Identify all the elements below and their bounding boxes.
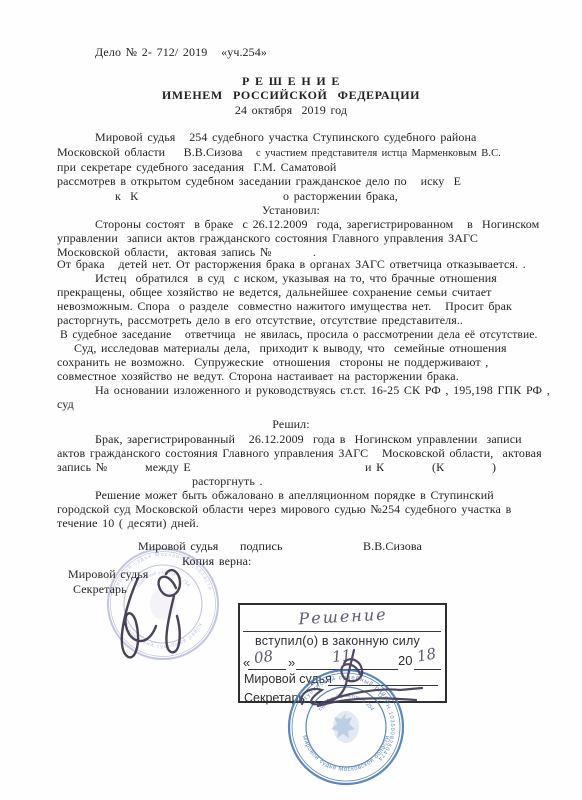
- doc-line: течение 10 ( десяти) дней.: [57, 517, 199, 531]
- doc-line: актов гражданского состояния Главного уп…: [57, 447, 542, 461]
- doc-line: с участием представителя истца Марменков…: [256, 148, 501, 160]
- doc-line: запись №: [57, 461, 107, 475]
- doc-line: (К: [432, 461, 444, 475]
- stamp-title-handwritten: Решение: [276, 604, 411, 630]
- section-reshil: Решил:: [0, 418, 582, 432]
- judge-signature-caption: Мировой судья: [138, 540, 218, 554]
- doc-line: городской суд Московской области через м…: [57, 503, 511, 517]
- stamp-divider: [243, 631, 441, 632]
- doc-line: и К: [365, 461, 384, 475]
- signature-word: подпись: [240, 540, 283, 554]
- doc-line: Суд, исследовав материалы дела, приходит…: [74, 342, 507, 356]
- doc-line: расторгнуть .: [192, 475, 263, 489]
- stamp-day-handwritten: 08: [253, 647, 274, 667]
- doc-line: о расторжении брака,: [283, 190, 398, 204]
- doc-line: суд: [57, 398, 74, 412]
- doc-line: между Е: [145, 461, 191, 475]
- blank-line-day: [248, 669, 286, 670]
- judge-name: В.В.Сизова: [363, 540, 422, 554]
- doc-line: сохранить не возможно. Супружеские отнош…: [57, 356, 488, 370]
- doc-line: совместное хозяйство не ведут. Сторона н…: [57, 370, 459, 384]
- doc-line: Истец обратился в суд с иском, указывая …: [95, 272, 497, 286]
- doc-line: прекращены, общее хозяйство не ведется, …: [57, 286, 491, 300]
- case-number: Дело № 2- 712/ 2019 «уч.254»: [95, 46, 267, 60]
- section-ustanovil: Установил:: [0, 204, 582, 218]
- doc-line: Брак, зарегистрированный 26.12.2009 года…: [95, 433, 522, 447]
- title: Р Е Ш Е Н И Е: [0, 75, 582, 89]
- doc-line: От брака детей нет. От расторжения брака…: [57, 258, 526, 272]
- doc-line: невозможным. Спора о разделе совместно н…: [57, 300, 512, 314]
- doc-line: ): [492, 461, 496, 475]
- stamp-caption: вступил(о) в законную силу: [255, 634, 420, 648]
- doc-line: Решение может быть обжаловано в апелляци…: [95, 489, 494, 503]
- doc-line: к К: [115, 190, 138, 204]
- doc-line: В судебное заседание ответчица не явилас…: [60, 328, 538, 341]
- doc-line: расторгнуть, рассмотреть дело в его отсу…: [57, 314, 463, 328]
- doc-line: Стороны состоят в браке с 26.12.2009 год…: [95, 218, 539, 232]
- doc-line: Московской области В.В.Сизова: [57, 146, 243, 160]
- quote-mark-open: «: [243, 655, 250, 670]
- judge-secretary-signatures-ink: [108, 556, 218, 666]
- doc-line: управлении записи актов гражданского сос…: [57, 232, 478, 246]
- subtitle: ИМЕНЕМ РОССИЙСКОЙ ФЕДЕРАЦИИ: [0, 89, 582, 103]
- doc-line: На основании изложенного и руководствуяс…: [95, 384, 550, 398]
- scanned-court-decision-page: Мировой судья Московской области Ступинс…: [0, 0, 582, 800]
- doc-line: Мировой судья 254 судебного участка Ступ…: [95, 131, 476, 145]
- stamp-box-signatures-ink: [290, 648, 450, 718]
- doc-line: рассмотрев в открытом судебном заседании…: [57, 175, 461, 189]
- decision-date: 24 октября 2019 год: [0, 104, 582, 118]
- doc-line: при секретаре судебного заседания Г.М. С…: [57, 161, 336, 175]
